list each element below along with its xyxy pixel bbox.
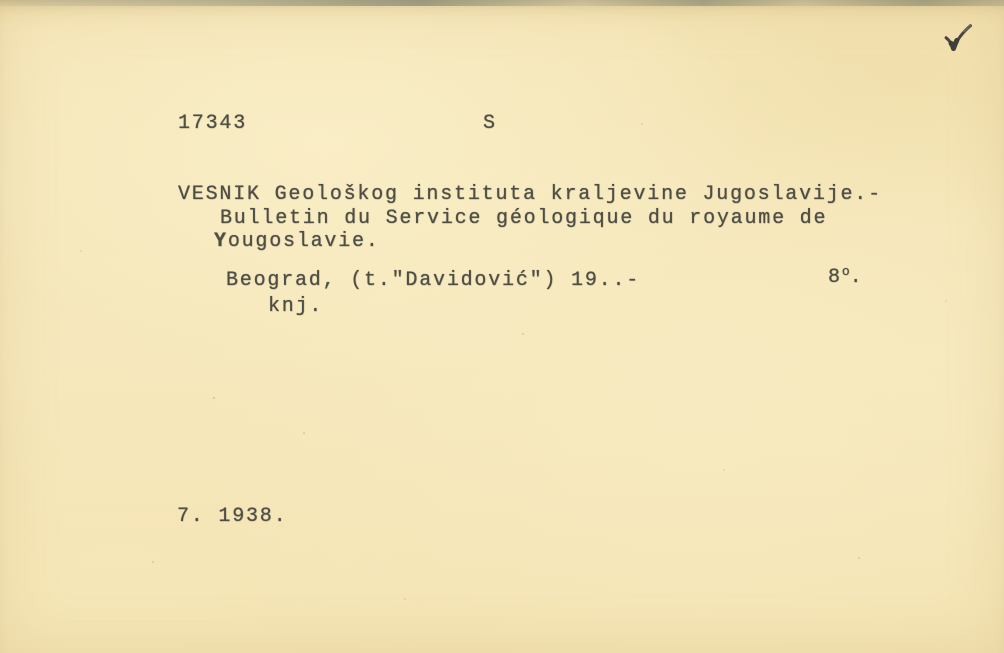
format-superscript: o [842,264,850,279]
title-line-1: VESNIK Geološkog instituta kraljevine Ju… [178,183,882,206]
holdings-note: 7. 1938. [177,505,287,528]
format-notation: 8o. [828,266,863,289]
scanned-catalog-card: 17343 S VESNIK Geološkog instituta kralj… [0,0,1004,653]
volume-label: knj. [268,295,323,318]
paper-speckles [0,0,2,2]
call-number: 17343 [178,112,247,135]
section-letter: S [483,112,497,135]
imprint-line: Beograd, (t."Davidović") 19..- [226,269,640,292]
format-period: . [850,266,864,289]
pencil-checkmark-icon [941,21,974,58]
scan-top-edge-shadow [0,0,1004,6]
title-line-3: Yougoslavie. [214,230,380,253]
format-digit: 8 [828,266,842,289]
title-line-2: Bulletin du Service géologique du royaum… [220,207,827,230]
